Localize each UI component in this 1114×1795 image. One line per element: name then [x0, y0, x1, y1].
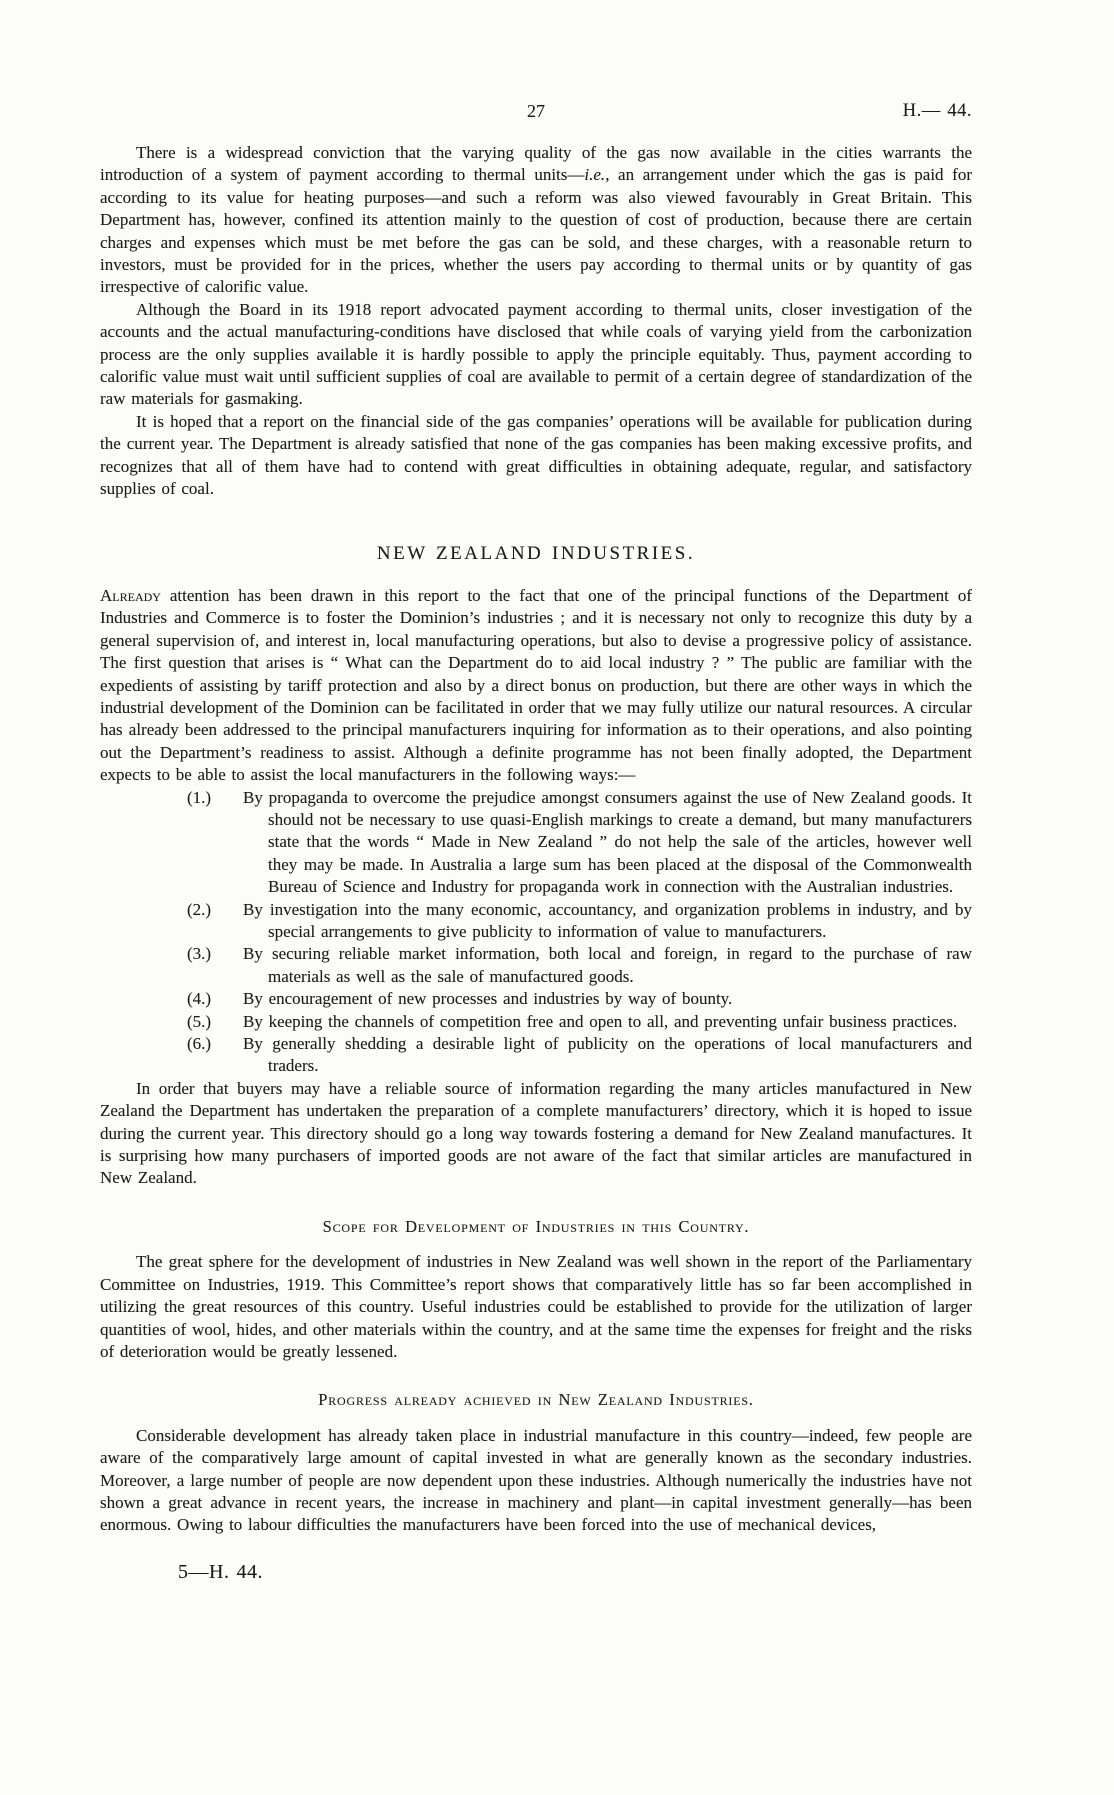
page-header: 27 H.— 44. — [100, 100, 972, 124]
paragraph-text: attention has been drawn in this report … — [100, 586, 972, 784]
list-marker: (6.) — [187, 1033, 243, 1055]
list-item-5: (5.)By keeping the channels of competiti… — [100, 1011, 972, 1033]
paragraph-manufacturers-directory: In order that buyers may have a reliable… — [100, 1078, 972, 1190]
paragraph-gas-board-1918: Although the Board in its 1918 report ad… — [100, 299, 972, 411]
list-marker: (3.) — [187, 943, 243, 965]
list-marker: (5.) — [187, 1011, 243, 1033]
paragraph-progress-achieved: Considerable development has already tak… — [100, 1425, 972, 1537]
paragraph-nz-industries-intro: Already attention has been drawn in this… — [100, 585, 972, 787]
list-item-text: By encouragement of new processes and in… — [243, 989, 732, 1008]
list-item-text: By propaganda to overcome the prejudice … — [243, 788, 972, 897]
paragraph-gas-financial-report: It is hoped that a report on the financi… — [100, 411, 972, 501]
page-number: 27 — [100, 100, 972, 122]
subsection-heading-progress: Progress already achieved in New Zealand… — [100, 1389, 972, 1411]
paragraph-scope-development: The great sphere for the development of … — [100, 1251, 972, 1363]
page-footer-signature: 5—H. 44. — [178, 1561, 972, 1583]
list-item-2: (2.)By investigation into the many econo… — [100, 899, 972, 944]
list-item-text: By securing reliable market information,… — [243, 944, 972, 985]
italic-term: i.e. — [584, 165, 605, 184]
list-item-3: (3.)By securing reliable market informat… — [100, 943, 972, 988]
list-marker: (2.) — [187, 899, 243, 921]
list-item-text: By keeping the channels of competition f… — [243, 1012, 957, 1031]
list-item-text: By investigation into the many economic,… — [243, 900, 972, 941]
list-marker: (4.) — [187, 988, 243, 1010]
lead-word: Already — [100, 586, 161, 605]
section-heading-new-zealand-industries: NEW ZEALAND INDUSTRIES. — [100, 543, 972, 565]
list-marker: (1.) — [187, 787, 243, 809]
paragraph-text: , an arrangement under which the gas is … — [100, 165, 972, 296]
paragraph-gas-conviction: There is a widespread conviction that th… — [100, 142, 972, 299]
list-item-6: (6.)By generally shedding a desirable li… — [100, 1033, 972, 1078]
document-reference: H.— 44. — [903, 100, 972, 122]
document-page: 27 H.— 44. There is a widespread convict… — [0, 0, 1114, 1795]
subsection-heading-scope: Scope for Development of Industries in t… — [100, 1216, 972, 1238]
ways-to-assist-list: (1.)By propaganda to overcome the prejud… — [100, 787, 972, 1078]
list-item-1: (1.)By propaganda to overcome the prejud… — [100, 787, 972, 899]
list-item-4: (4.)By encouragement of new processes an… — [100, 988, 972, 1010]
list-item-text: By generally shedding a desirable light … — [243, 1034, 972, 1075]
